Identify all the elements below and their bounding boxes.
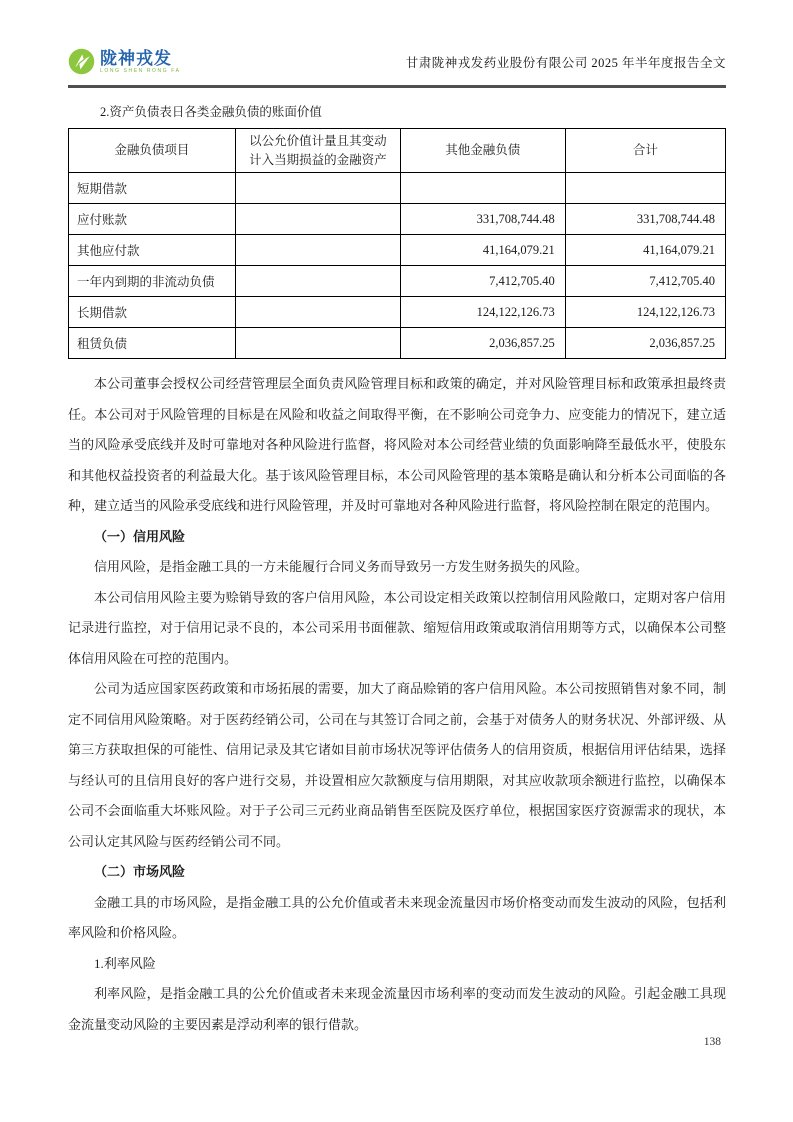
heading-market-risk: （二）市场风险 (68, 857, 726, 888)
cell-other: 41,164,079.21 (400, 235, 565, 266)
paragraph-credit-control: 本公司信用风险主要为赊销导致的客户信用风险，本公司设定相关政策以控制信用风险敞口… (68, 583, 726, 675)
body-text: 本公司董事会授权公司经营管理层全面负责风险管理目标和政策的确定，并对风险管理目标… (68, 369, 726, 1040)
table-row: 其他应付款 41,164,079.21 41,164,079.21 (69, 235, 726, 266)
cell-fvtpl (235, 328, 400, 359)
cell-other: 331,708,744.48 (400, 204, 565, 235)
table-header-row: 金融负债项目 以公允价值计量且其变动计入当期损益的金融资产 其他金融负债 合计 (69, 129, 726, 173)
table-row: 一年内到期的非流动负债 7,412,705.40 7,412,705.40 (69, 266, 726, 297)
cell-item: 租赁负债 (69, 328, 236, 359)
financial-liabilities-table: 金融负债项目 以公允价值计量且其变动计入当期损益的金融资产 其他金融负债 合计 … (68, 128, 726, 359)
company-logo: 陇神戎发 LONG SHEN RONG FA (68, 48, 181, 75)
cell-total (565, 173, 725, 204)
logo-text: 陇神戎发 LONG SHEN RONG FA (100, 50, 181, 74)
cell-fvtpl (235, 297, 400, 328)
heading-interest-risk: 1.利率风险 (68, 949, 726, 980)
table-row: 长期借款 124,122,126.73 124,122,126.73 (69, 297, 726, 328)
section-title: 2.资产负债表日各类金融负债的账面价值 (68, 102, 726, 120)
cell-other: 2,036,857.25 (400, 328, 565, 359)
cell-fvtpl (235, 266, 400, 297)
cell-item: 长期借款 (69, 297, 236, 328)
cell-fvtpl (235, 235, 400, 266)
cell-total: 124,122,126.73 (565, 297, 725, 328)
table-row: 应付账款 331,708,744.48 331,708,744.48 (69, 204, 726, 235)
table-row: 租赁负债 2,036,857.25 2,036,857.25 (69, 328, 726, 359)
report-page: 陇神戎发 LONG SHEN RONG FA 甘肃陇神戎发药业股份有限公司 20… (0, 0, 793, 1122)
cell-total: 41,164,079.21 (565, 235, 725, 266)
paragraph-market-def: 金融工具的市场风险，是指金融工具的公允价值或者未来现金流量因市场价格变动而发生波… (68, 888, 726, 949)
page-number: 138 (704, 1036, 721, 1048)
table-row: 短期借款 (69, 173, 726, 204)
cell-fvtpl (235, 204, 400, 235)
col-header-item: 金融负债项目 (69, 129, 236, 173)
col-header-fvtpl: 以公允价值计量且其变动计入当期损益的金融资产 (235, 129, 400, 173)
cell-item: 短期借款 (69, 173, 236, 204)
paragraph-risk-policy: 本公司董事会授权公司经营管理层全面负责风险管理目标和政策的确定，并对风险管理目标… (68, 369, 726, 522)
paragraph-credit-strategy: 公司为适应国家医药政策和市场拓展的需要，加大了商品赊销的客户信用风险。本公司按照… (68, 674, 726, 857)
page-header: 陇神戎发 LONG SHEN RONG FA 甘肃陇神戎发药业股份有限公司 20… (68, 44, 726, 88)
logo-name-en: LONG SHEN RONG FA (100, 69, 181, 74)
cell-other (400, 173, 565, 204)
cell-fvtpl (235, 173, 400, 204)
cell-other: 124,122,126.73 (400, 297, 565, 328)
cell-total: 2,036,857.25 (565, 328, 725, 359)
heading-credit-risk: （一）信用风险 (68, 522, 726, 553)
col-header-other: 其他金融负债 (400, 129, 565, 173)
cell-item: 其他应付款 (69, 235, 236, 266)
document-title: 甘肃陇神戎发药业股份有限公司 2025 年半年度报告全文 (406, 53, 726, 71)
cell-item: 应付账款 (69, 204, 236, 235)
logo-name-cn: 陇神戎发 (100, 50, 181, 67)
logo-bird-icon (68, 48, 95, 75)
cell-other: 7,412,705.40 (400, 266, 565, 297)
cell-total: 7,412,705.40 (565, 266, 725, 297)
cell-item: 一年内到期的非流动负债 (69, 266, 236, 297)
paragraph-credit-def: 信用风险，是指金融工具的一方未能履行合同义务而导致另一方发生财务损失的风险。 (68, 552, 726, 583)
paragraph-interest-def: 利率风险，是指金融工具的公允价值或者未来现金流量因市场利率的变动而发生波动的风险… (68, 979, 726, 1040)
col-header-total: 合计 (565, 129, 725, 173)
cell-total: 331,708,744.48 (565, 204, 725, 235)
